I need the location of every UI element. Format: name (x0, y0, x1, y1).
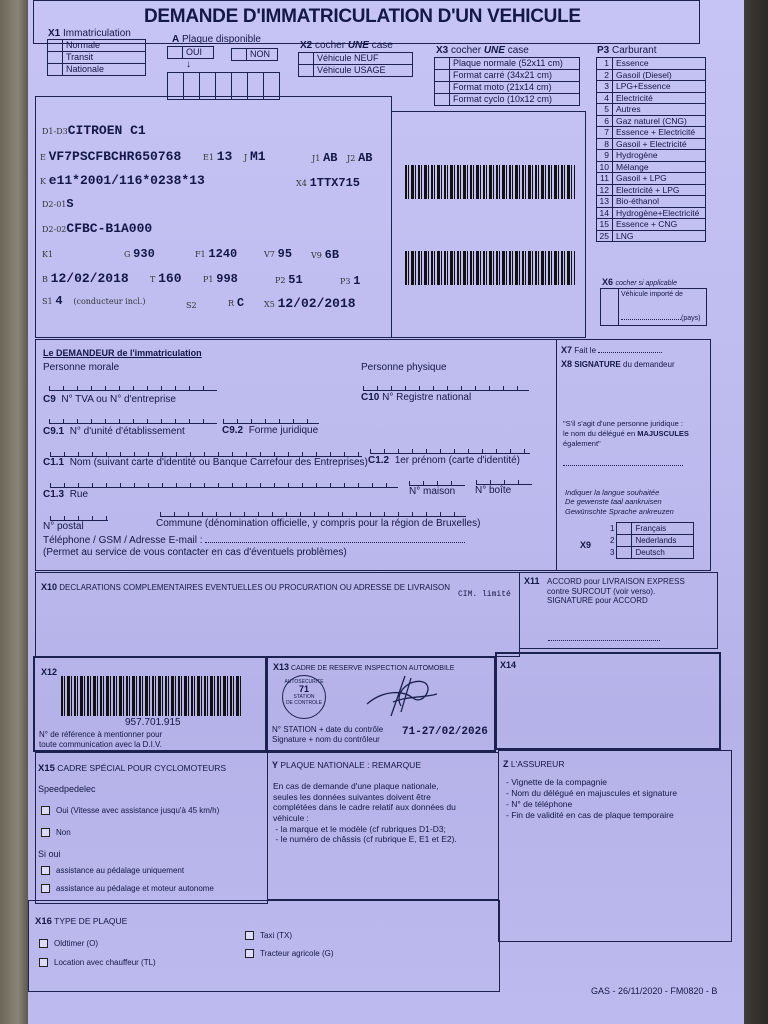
fuel-option[interactable]: 12Electricité + LPG (597, 184, 706, 196)
field-s1: S1 4 (conducteur incl.) (42, 295, 146, 309)
fuel-option[interactable]: 25LNG (597, 230, 706, 242)
plate-taxi-option[interactable]: Taxi (TX) (245, 931, 292, 940)
x2-checkbox-neuf[interactable] (299, 53, 314, 65)
delegate-name-field[interactable] (563, 458, 683, 470)
x13-box: X13 CADRE DE RESERVE INSPECTION AUTOMOBI… (266, 656, 496, 752)
inspection-value: 71-27/02/2026 (402, 726, 488, 739)
field-v7: V7 95 (264, 248, 292, 262)
c9-field[interactable] (49, 384, 217, 391)
plate-chauffeur-option[interactable]: Location avec chauffeur (TL) (39, 958, 156, 967)
language-instructions: Indiquer la langue souhaitéeDe gewenste … (565, 488, 674, 516)
fuel-option[interactable]: 3LPG+Essence (597, 81, 706, 93)
fuel-option[interactable]: 11Gasoil + LPG (597, 173, 706, 185)
field-e1: E1 13 (203, 150, 232, 165)
arrow-down-icon: ↓ (186, 59, 191, 71)
x3-options: Plaque normale (52x11 cm) Format carré (… (434, 57, 580, 106)
field-j: J M1 (244, 150, 266, 165)
x10-box: X10 DECLARATIONS COMPLEMENTAIRES EVENTUE… (35, 572, 520, 657)
c12-field[interactable] (370, 447, 530, 454)
c13-field[interactable] (50, 481, 398, 488)
moral-person-label: Personne morale (43, 362, 119, 374)
x2-options: Véhicule NEUF Véhicule USAGE (298, 52, 413, 77)
applicant-heading: Le DEMANDEUR de l'immatriculation (43, 348, 202, 358)
field-d1d3: D1-D3CITROEN C1 (42, 124, 146, 139)
checkbox-icon (41, 828, 50, 837)
c12-label: C1.2 1er prénom (carte d'identité) (368, 455, 520, 467)
field-x5: X5 12/02/2018 (264, 297, 356, 312)
fuel-option[interactable]: 9Hydrogène (597, 150, 706, 162)
x11-box: X11 ACCORD pour LIVRAISON EXPRESScontre … (519, 572, 718, 649)
plate-tractor-option[interactable]: Tracteur agricole (G) (245, 949, 334, 958)
x3-checkbox-carre[interactable] (435, 70, 450, 82)
fuel-option[interactable]: 14Hydrogène+Electricité (597, 207, 706, 219)
speedpedelec-no-option[interactable]: Non (41, 828, 71, 837)
fuel-options: 1Essence2Gasoil (Diesel)3LPG+Essence4Ele… (596, 57, 706, 242)
legal-person-note: "S'il s'agit d'une personne juridique :l… (563, 419, 689, 448)
x11-signature-field[interactable] (548, 633, 660, 645)
x12-box: X12 957.701.915 N° de référence à mentio… (33, 656, 267, 752)
p3-heading: P3 Carburant (597, 45, 656, 57)
title-box: DEMANDE D'IMMATRICULATION D'UN VEHICULE (33, 0, 700, 44)
a-yes: OUI (167, 46, 214, 59)
inspection-stamp: AUTOSECURITE 71 STATION DE CONTROLE (282, 675, 326, 719)
language-options: 1Français2Nederlands3Deutsch (610, 522, 694, 559)
postal-code-label: N° postal (43, 521, 84, 533)
fuel-option[interactable]: 5Autres (597, 104, 706, 116)
x8-signature-label: X8 SIGNATURE du demandeur (561, 359, 675, 369)
field-j1: J1 AB (312, 152, 337, 166)
house-number-field[interactable] (409, 479, 465, 486)
checkbox-icon (39, 958, 48, 967)
x6-box: Véhicule importé de (pays) (600, 288, 707, 326)
c10-field[interactable] (363, 384, 529, 391)
field-d201: D2-01S (42, 198, 74, 212)
field-f1: F1 1240 (195, 248, 237, 262)
language-option[interactable]: 3Deutsch (610, 547, 694, 559)
speedpedelec-yes-option[interactable]: Oui (Vitesse avec assistance jusqu'à 45 … (41, 806, 219, 815)
language-checkbox[interactable] (617, 547, 632, 559)
fuel-option[interactable]: 15Essence + CNG (597, 219, 706, 231)
c92-field[interactable] (223, 417, 319, 424)
field-g: G 930 (124, 248, 155, 262)
y-remark-text: En cas de demande d'une plaque nationale… (273, 781, 457, 845)
x6-country-field[interactable]: (pays) (621, 315, 700, 323)
field-d202: D2-02CFBC-B1A000 (42, 222, 152, 237)
x1-options: Normale Transit Nationale (47, 39, 146, 76)
house-number-label: N° maison (409, 486, 455, 498)
x1-checkbox-nationale[interactable] (48, 64, 63, 76)
checkbox-icon (41, 866, 50, 875)
checkbox-icon (41, 806, 50, 815)
fuel-option[interactable]: 4Electricité (597, 92, 706, 104)
contact-note: (Permet au service de vous contacter en … (43, 547, 347, 559)
fuel-option[interactable]: 10Mélange (597, 161, 706, 173)
x6-checkbox[interactable] (601, 289, 619, 325)
insurer-items: - Vignette de la compagnie- Nom du délég… (506, 777, 677, 821)
commune-label: Commune (dénomination officielle, y comp… (156, 518, 480, 530)
fuel-option[interactable]: 7Essence + Electricité (597, 127, 706, 139)
x3-checkbox-moto[interactable] (435, 82, 450, 94)
x1-heading: X1 Immatriculation (48, 28, 131, 40)
checkbox-icon (39, 939, 48, 948)
x6-heading: X6 cocher si applicable (602, 277, 677, 288)
field-b: B 12/02/2018 (42, 272, 129, 287)
x11-text: ACCORD pour LIVRAISON EXPRESScontre SURC… (547, 577, 685, 606)
fuel-option[interactable]: 2Gasoil (Diesel) (597, 69, 706, 81)
c10-label: C10 N° Registre national (361, 392, 471, 404)
field-e: E VF7PSCFBCHR650768 (40, 150, 181, 165)
x1-checkbox-transit[interactable] (48, 52, 63, 64)
barcode-bottom (405, 251, 575, 285)
form-footer: GAS - 26/11/2020 - FM0820 - B (591, 986, 717, 996)
x3-checkbox-normale[interactable] (435, 58, 450, 70)
x16-box: X16 TYPE DE PLAQUE Oldtimer (O) Location… (28, 900, 500, 992)
a-yes-checkbox[interactable] (168, 47, 183, 59)
language-option[interactable]: 2Nederlands (610, 535, 694, 547)
checkbox-icon (41, 884, 50, 893)
checkbox-icon (245, 931, 254, 940)
x2-heading: X2 cocher UNE case (300, 40, 393, 52)
fuel-option[interactable]: 8Gasoil + Electricité (597, 138, 706, 150)
x12-barcode (61, 676, 241, 716)
c11-label: C1.1 Nom (suivant carte d'identité ou Ba… (43, 457, 368, 469)
x7-date-field[interactable]: X7 Fait le (561, 345, 662, 355)
c92-label: C9.2 Forme juridique (222, 425, 318, 437)
language-checkbox[interactable] (617, 523, 632, 535)
x10-value: CIM. limité (458, 590, 511, 599)
inspector-signature (363, 672, 443, 718)
x3-heading: X3 cocher UNE case (436, 45, 529, 57)
field-k1: K1 (42, 249, 53, 261)
barcode-box (391, 111, 586, 338)
x15-box: X15 CADRE SPÉCIAL POUR CYCLOMOTEURS Spee… (35, 752, 268, 904)
fuel-option[interactable]: 6Gaz naturel (CNG) (597, 115, 706, 127)
x2-checkbox-usage[interactable] (299, 65, 314, 77)
language-option[interactable]: 1Français (610, 523, 694, 535)
field-p2: P2 51 (275, 274, 303, 288)
y-box: Y PLAQUE NATIONALE : REMARQUE En cas de … (267, 752, 499, 900)
barcode-top (405, 165, 575, 199)
field-x4: X4 1TTX715 (296, 177, 360, 191)
box-number-label: N° boîte (475, 485, 511, 497)
x1-checkbox-normale[interactable] (48, 40, 63, 52)
plate-oldtimer-option[interactable]: Oldtimer (O) (39, 939, 98, 948)
language-checkbox[interactable] (617, 535, 632, 547)
fuel-option[interactable]: 1Essence (597, 58, 706, 70)
pedal-assist-only-option[interactable]: assistance au pédalage uniquement (41, 866, 184, 875)
contact-field[interactable]: Téléphone / GSM / Adresse E-mail : (43, 535, 465, 547)
box-number-field[interactable] (476, 478, 532, 485)
x3-checkbox-cyclo[interactable] (435, 94, 450, 106)
field-r: R C (228, 297, 244, 311)
a-no: NON (231, 48, 278, 61)
field-s2: S2 (186, 300, 197, 312)
field-j2: J2 AB (347, 152, 372, 166)
field-p1: P1 998 (203, 273, 238, 287)
field-t: T 160 (150, 272, 182, 287)
field-k: K e11*2001/116*0238*13 (40, 174, 205, 189)
physical-person-label: Personne physique (361, 362, 447, 374)
a-no-checkbox[interactable] (232, 49, 247, 61)
c11-field[interactable] (50, 450, 362, 457)
fuel-option[interactable]: 13Bio-éthanol (597, 196, 706, 208)
page-title: DEMANDE D'IMMATRICULATION D'UN VEHICULE (144, 6, 581, 28)
postal-code-field[interactable] (50, 514, 108, 521)
commune-field[interactable] (160, 510, 466, 517)
x9-label: X9 (580, 540, 591, 550)
a-heading: A Plaque disponible (172, 34, 261, 46)
c91-field[interactable] (49, 417, 217, 424)
checkbox-icon (245, 949, 254, 958)
field-v9: V9 6B (311, 249, 339, 263)
z-box: Z L'ASSUREUR - Vignette de la compagnie-… (498, 750, 732, 942)
pedal-assist-motor-option[interactable]: assistance au pédalage et moteur autonom… (41, 884, 214, 893)
c13-label: C1.3 Rue (43, 489, 88, 501)
c9-label: C9 N° TVA ou N° d'entreprise (43, 394, 176, 406)
field-p3: P3 1 (340, 275, 360, 289)
c91-label: C9.1 N° d'unité d'établissement (43, 426, 185, 438)
reference-number: 957.701.915 (125, 717, 181, 729)
x14-box: X14 (495, 652, 721, 750)
